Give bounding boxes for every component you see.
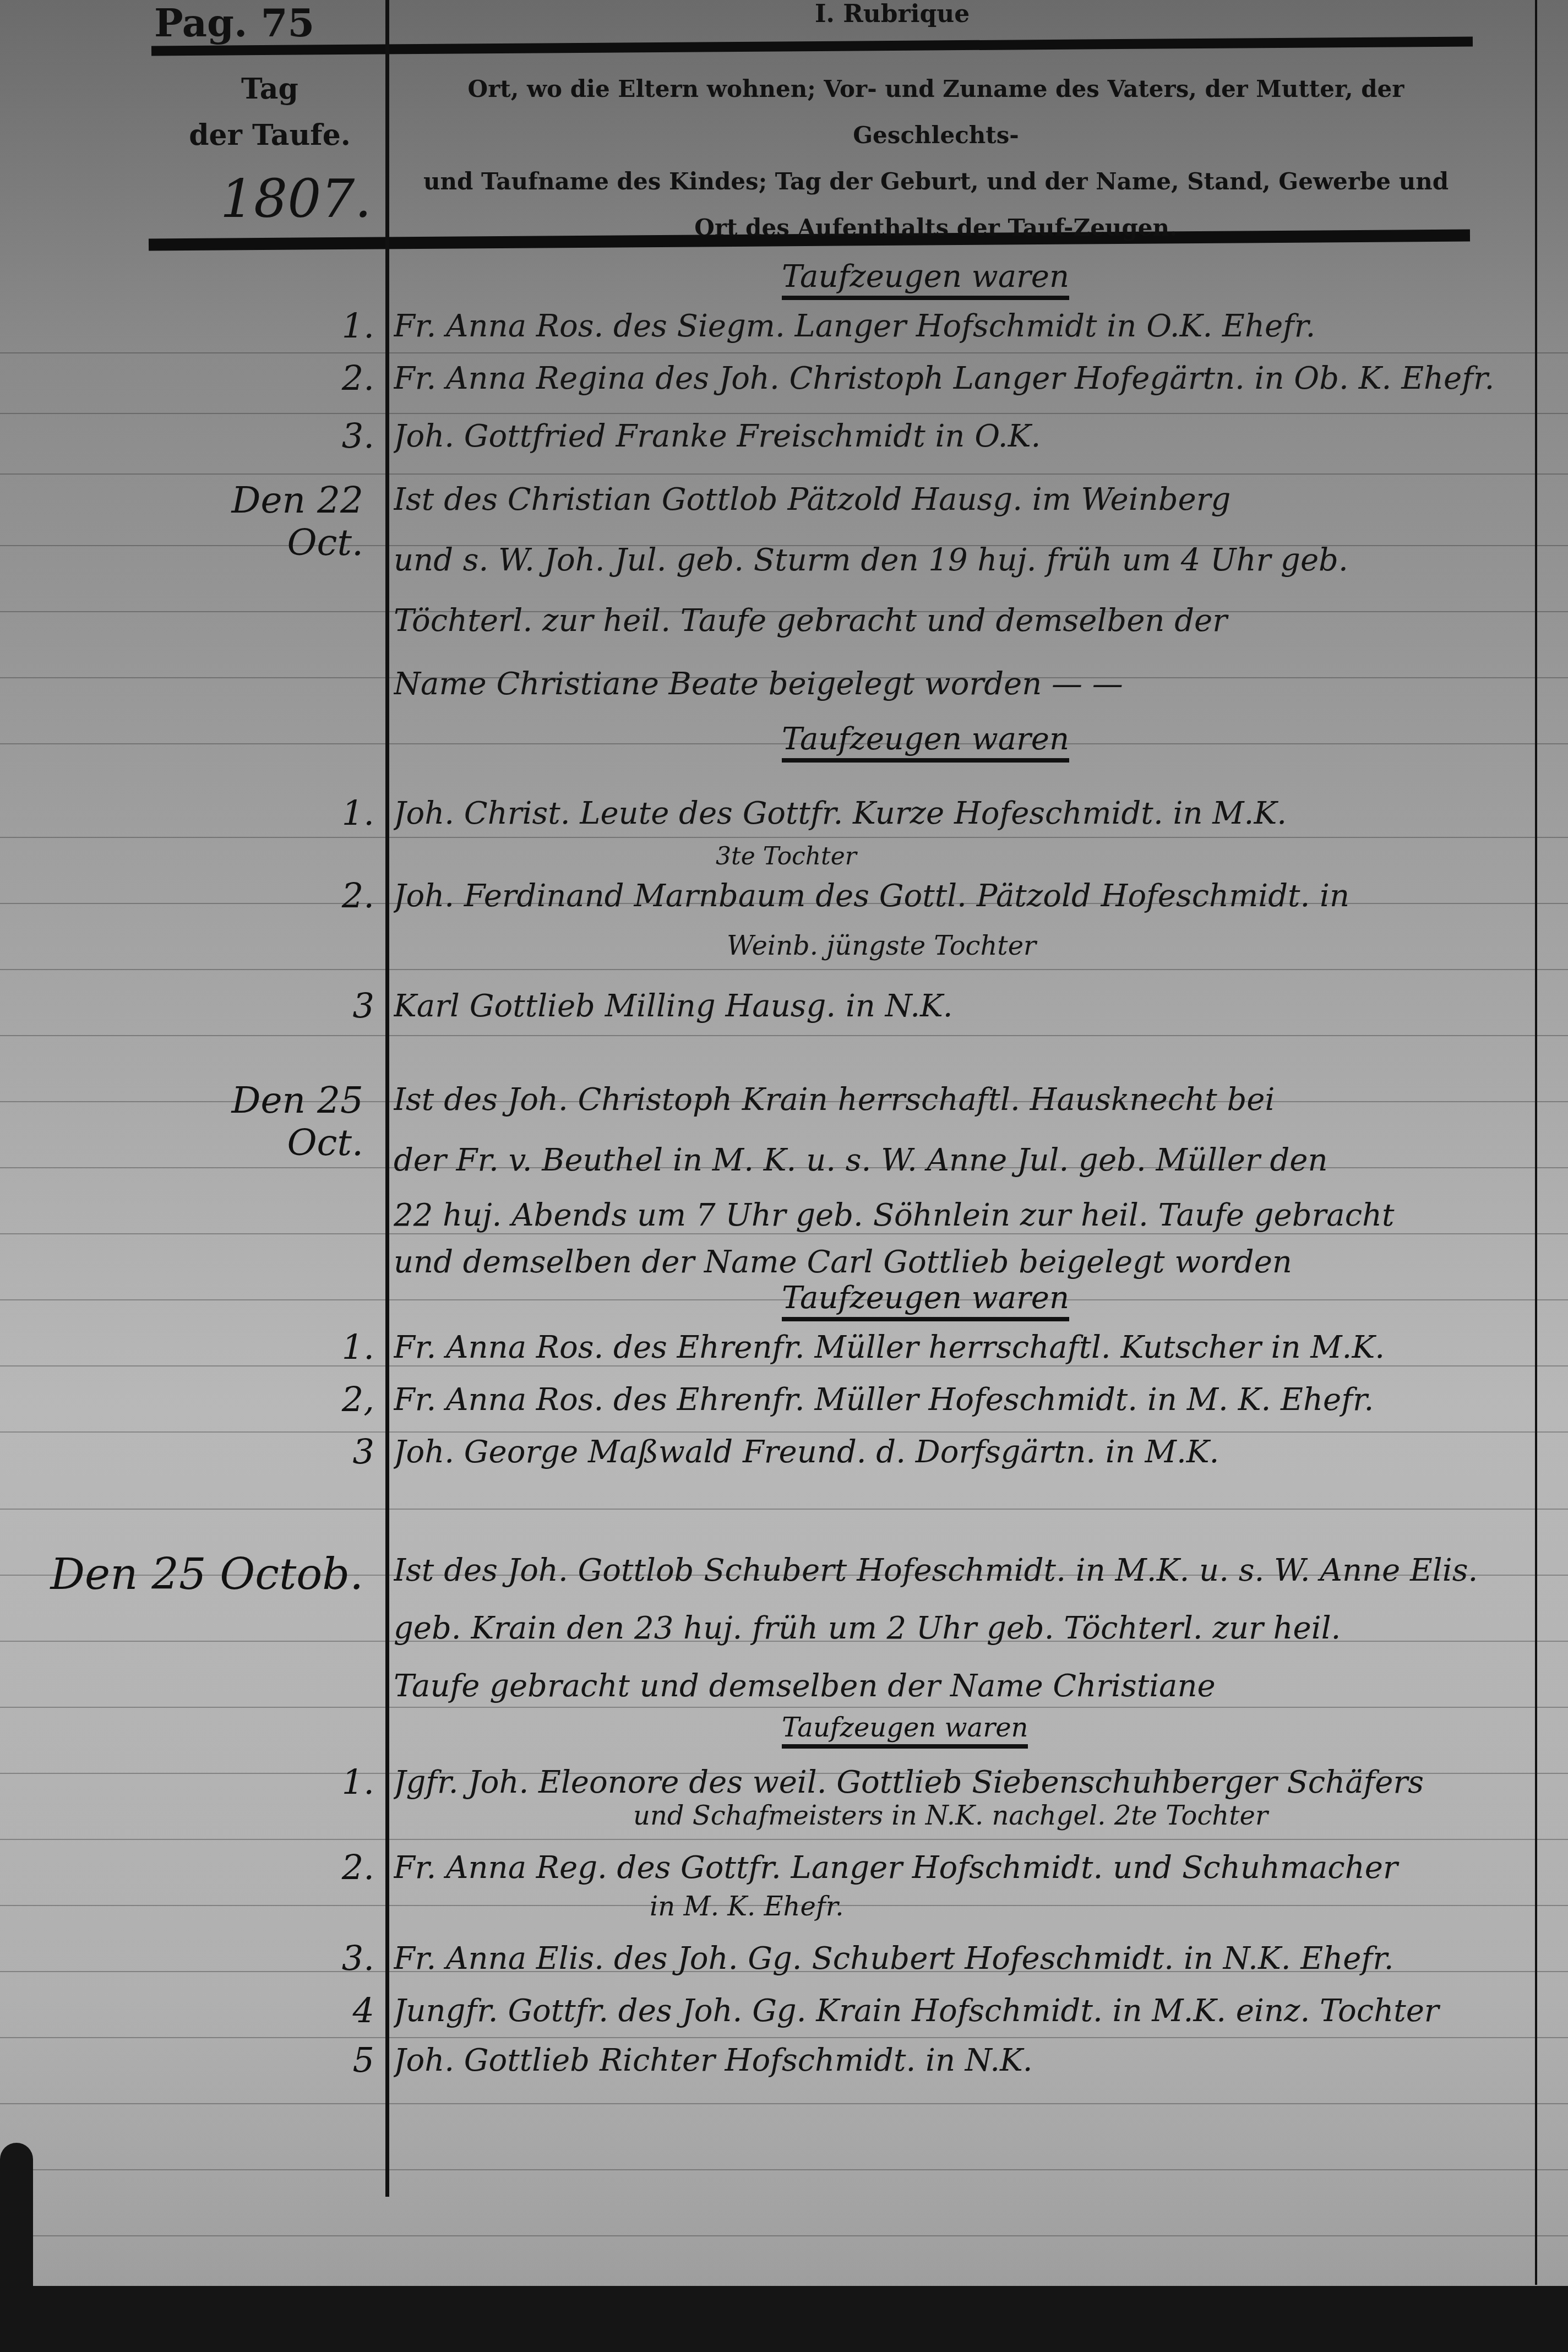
ruled-line — [0, 1431, 1568, 1433]
godparent-entry: Joh. Gottlieb Richter Hofschmidt. in N.K… — [394, 2043, 1528, 2078]
entry-text-line: Ist des Joh. Gottlob Schubert Hofeschmid… — [394, 1553, 1528, 1588]
ruled-line — [0, 473, 1568, 475]
godparent-number: 3 — [330, 986, 374, 1026]
right-border-line — [1535, 0, 1537, 2285]
godparent-number: 1. — [330, 306, 374, 346]
godparent-number: 2. — [330, 358, 374, 398]
godparent-continuation: und Schafmeisters in N.K. nachgel. 2te T… — [633, 1800, 1568, 1831]
godparent-entry: Joh. George Maßwald Freund. d. Dorfsgärt… — [394, 1434, 1528, 1470]
ruled-line — [0, 352, 1568, 353]
entry-text-line: Ist des Christian Gottlob Pätzold Hausg.… — [394, 482, 1528, 518]
register-year: 1807. — [220, 168, 372, 230]
baptism-date-column-header: Tag der Taufe. — [154, 66, 385, 159]
entry-date: Den 25 Octob. — [44, 1550, 363, 1599]
godparents-heading: Taufzeugen waren — [782, 1712, 1028, 1749]
godparent-entry: Fr. Anna Reg. des Gottfr. Langer Hofschm… — [394, 1850, 1528, 1886]
godparent-number: 3 — [330, 1431, 374, 1472]
header-der-taufe: der Taufe. — [154, 112, 385, 159]
godparent-entry: Jungfr. Gottfr. des Joh. Gg. Krain Hofsc… — [394, 1993, 1528, 2029]
godparent-entry: Fr. Anna Ros. des Siegm. Langer Hofschmi… — [394, 308, 1528, 344]
godparent-entry: Fr. Anna Ros. des Ehrenfr. Müller herrsc… — [394, 1330, 1528, 1365]
godparent-entry: Fr. Anna Regina des Joh. Christoph Lange… — [394, 361, 1528, 396]
godparent-entry: Joh. Gottfried Franke Freischmidt in O.K… — [394, 418, 1528, 454]
entry-text-line: Taufe gebracht und demselben der Name Ch… — [394, 1668, 1528, 1704]
entry-text-line: 22 huj. Abends um 7 Uhr geb. Söhnlein zu… — [394, 1197, 1528, 1233]
godparents-heading: Taufzeugen waren — [782, 721, 1069, 763]
entry-text-line: und s. W. Joh. Jul. geb. Sturm den 19 hu… — [394, 542, 1528, 578]
ruled-line — [0, 1509, 1568, 1510]
header-line-1: Ort, wo die Eltern wohnen; Vor- und Zuna… — [407, 66, 1464, 159]
godparent-entry: Joh. Christ. Leute des Gottfr. Kurze Hof… — [394, 796, 1528, 831]
entry-text-line: und demselben der Name Carl Gottlieb bei… — [394, 1244, 1528, 1280]
godparent-entry: Jgfr. Joh. Eleonore des weil. Gottlieb S… — [394, 1765, 1528, 1800]
godparent-number: 4 — [330, 1990, 374, 2030]
godparent-number: 3. — [330, 416, 374, 456]
ruled-line — [0, 1035, 1568, 1036]
page-reference: Pag. 75 — [154, 0, 314, 46]
ruled-line — [0, 2103, 1568, 2104]
godparent-annotation: 3te Tochter — [716, 842, 1568, 870]
godparent-entry: Joh. Ferdinand Marnbaum des Gottl. Pätzo… — [394, 878, 1528, 914]
ruled-line — [0, 1839, 1568, 1840]
entry-text-line: Ist des Joh. Christoph Krain herrschaftl… — [394, 1082, 1528, 1118]
ruled-line — [0, 969, 1568, 970]
column-divider — [385, 0, 389, 2197]
godparent-number: 1. — [330, 1762, 374, 1802]
ruled-line — [0, 1707, 1568, 1708]
header-tag: Tag — [154, 66, 385, 112]
entry-text-line: der Fr. v. Beuthel in M. K. u. s. W. Ann… — [394, 1142, 1528, 1178]
godparents-heading: Taufzeugen waren — [782, 1280, 1069, 1321]
details-column-header: Ort, wo die Eltern wohnen; Vor- und Zuna… — [407, 66, 1464, 251]
godparent-entry: Fr. Anna Ros. des Ehrenfr. Müller Hofesc… — [394, 1382, 1528, 1418]
entry-date: Den 25 Oct. — [165, 1079, 363, 1164]
godparent-number: 2. — [330, 875, 374, 916]
header-line-2: und Taufname des Kindes; Tag der Geburt,… — [407, 159, 1464, 205]
godparent-number: 3. — [330, 1938, 374, 1978]
godparent-entry: Karl Gottlieb Milling Hausg. in N.K. — [394, 988, 1528, 1024]
godparents-heading: Taufzeugen waren — [782, 259, 1069, 300]
godparent-entry: Fr. Anna Elis. des Joh. Gg. Schubert Hof… — [394, 1941, 1528, 1977]
godparent-number: 1. — [330, 793, 374, 833]
entry-text-line: Töchterl. zur heil. Taufe gebracht und d… — [394, 603, 1528, 639]
godparent-number: 1. — [330, 1327, 374, 1367]
ruled-line — [0, 413, 1568, 414]
ruled-line — [0, 1365, 1568, 1366]
ruled-line — [0, 2037, 1568, 2038]
godparent-number: 2. — [330, 1847, 374, 1887]
ruled-line — [0, 2235, 1568, 2236]
ruled-line — [0, 2169, 1568, 2170]
godparent-continuation: Weinb. jüngste Tochter — [727, 930, 1568, 961]
thumb-shadow — [0, 2143, 33, 2319]
entry-text-line: geb. Krain den 23 huj. früh um 2 Uhr geb… — [394, 1610, 1528, 1646]
entry-date: Den 22 Oct. — [165, 479, 363, 564]
entry-text-line: Name Christiane Beate beigelegt worden —… — [394, 666, 1528, 702]
godparent-number: 5 — [330, 2040, 374, 2080]
header-top-rule — [151, 37, 1473, 56]
godparent-continuation: in M. K. Ehefr. — [650, 1891, 1568, 1922]
section-title: I. Rubrique — [815, 0, 970, 28]
header-line-3: Ort des Aufenthalts der Tauf-Zeugen. — [407, 205, 1464, 251]
ruled-line — [0, 1233, 1568, 1234]
ruled-line — [0, 837, 1568, 838]
godparent-number: 2, — [330, 1379, 374, 1419]
register-page: Pag. 75 I. Rubrique Tag der Taufe. 1807.… — [0, 0, 1568, 2352]
